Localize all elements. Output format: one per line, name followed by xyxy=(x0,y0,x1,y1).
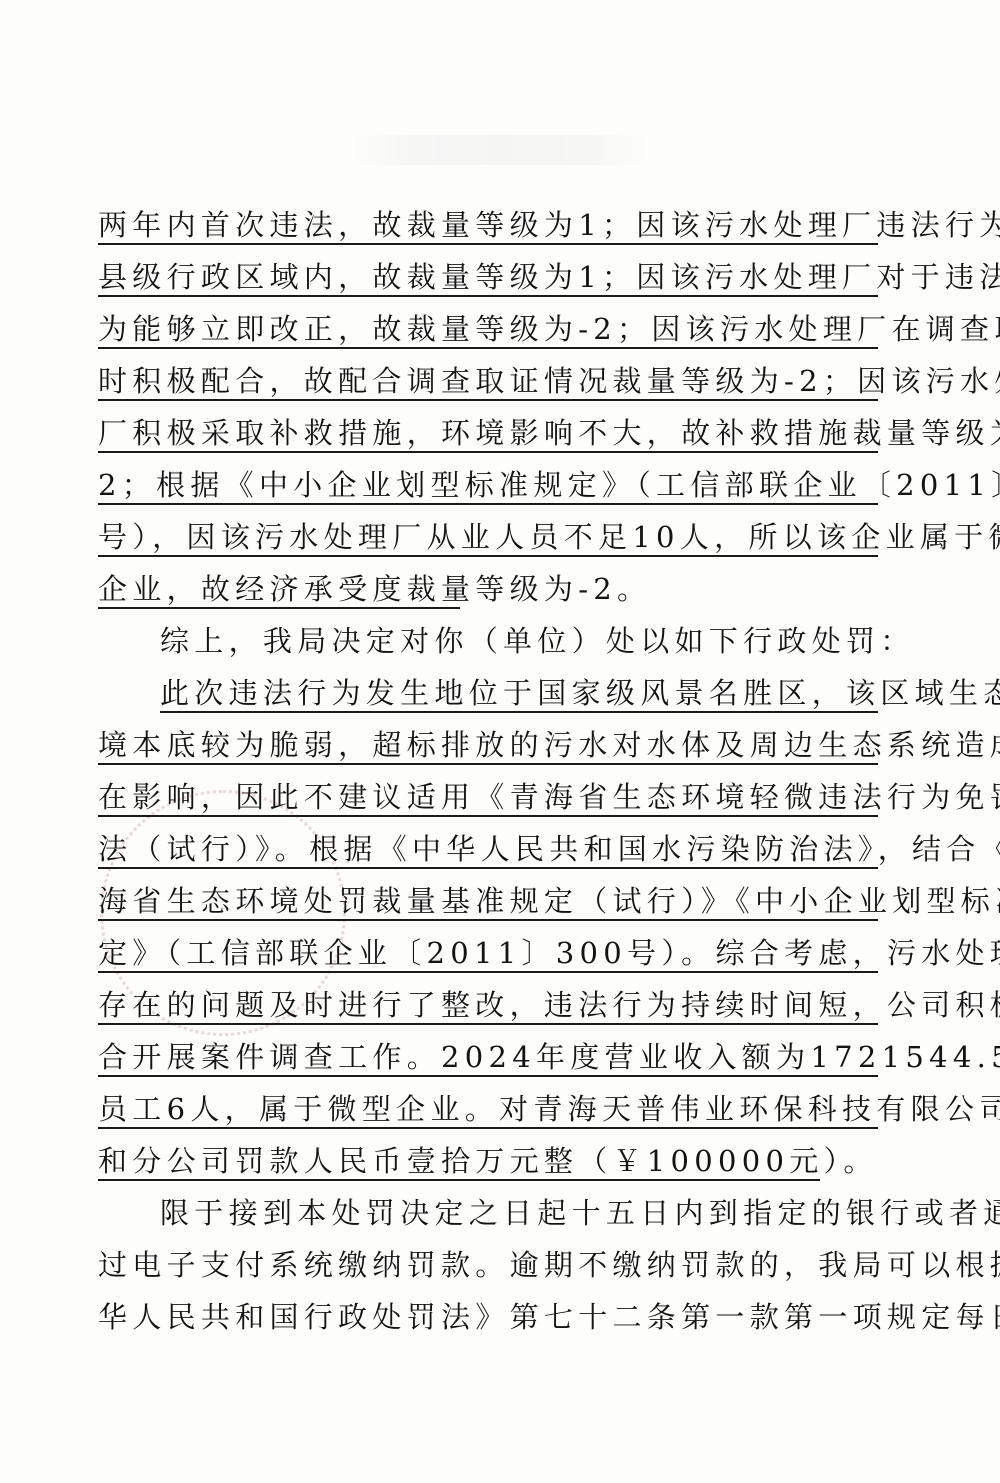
text-line: 员工6人，属于微型企业。对青海天普伟业环保科技有限公司共 xyxy=(98,1089,878,1141)
text-line: 为能够立即改正，故裁量等级为-2；因该污水处理厂在调查取证 xyxy=(98,309,878,361)
faint-bleed-through-header xyxy=(350,135,650,165)
text-line: 限于接到本处罚决定之日起十五日内到指定的银行或者通 xyxy=(98,1193,878,1245)
paragraph-penalty-decision: 此次违法行为发生地位于国家级风景名胜区，该区域生态环 境本底较为脆弱，超标排放的… xyxy=(98,673,878,1193)
text-line: 县级行政区域内，故裁量等级为1；因该污水处理厂对于违法行 xyxy=(98,257,878,309)
paragraph-discretion-levels: 两年内首次违法，故裁量等级为1；因该污水处理厂违法行为在 县级行政区域内，故裁量… xyxy=(98,205,878,621)
text-line: 企业，故经济承受度裁量等级为-2。 xyxy=(98,569,878,621)
text-line: 号），因该污水处理厂从业人员不足10人，所以该企业属于微型 xyxy=(98,517,878,569)
text-line: 厂积极采取补救措施，环境影响不大，故补救措施裁量等级为- xyxy=(98,413,878,465)
text-line: 在影响，因此不建议适用《青海省生态环境轻微违法行为免罚办 xyxy=(98,777,878,829)
text-line: 两年内首次违法，故裁量等级为1；因该污水处理厂违法行为在 xyxy=(98,205,878,257)
text-line: 时积极配合，故配合调查取证情况裁量等级为-2；因该污水处理 xyxy=(98,361,878,413)
text-line: 合开展案件调查工作。2024年度营业收入额为1721544.54元、 xyxy=(98,1037,878,1089)
text-line: 2；根据《中小企业划型标准规定》（工信部联企业〔2011〕300 xyxy=(98,465,878,517)
text-line: 境本底较为脆弱，超标排放的污水对水体及周边生态系统造成潜 xyxy=(98,725,878,777)
paragraph-payment-instructions: 限于接到本处罚决定之日起十五日内到指定的银行或者通 过电子支付系统缴纳罚款。逾期… xyxy=(98,1193,878,1349)
text-line: 综上，我局决定对你（单位）处以如下行政处罚： xyxy=(98,621,878,673)
text-line: 华人民共和国行政处罚法》第七十二条第一款第一项规定每日按 xyxy=(98,1297,878,1349)
text-line: 海省生态环境处罚裁量基准规定（试行）》《中小企业划型标准规 xyxy=(98,881,878,933)
text-line: 定》（工信部联企业〔2011〕300号）。综合考虑，污水处理厂对 xyxy=(98,933,878,985)
text-line: 存在的问题及时进行了整改，违法行为持续时间短，公司积极配 xyxy=(98,985,878,1037)
document-page: 两年内首次违法，故裁量等级为1；因该污水处理厂违法行为在 县级行政区域内，故裁量… xyxy=(0,0,1000,1483)
text-line: 过电子支付系统缴纳罚款。逾期不缴纳罚款的，我局可以根据《中 xyxy=(98,1245,878,1297)
text-line: 法（试行）》。根据《中华人民共和国水污染防治法》，结合《青 xyxy=(98,829,878,881)
paragraph-summary: 综上，我局决定对你（单位）处以如下行政处罚： xyxy=(98,621,878,673)
text-line: 此次违法行为发生地位于国家级风景名胜区，该区域生态环 xyxy=(98,673,878,725)
fine-amount-line: 和分公司罚款人民币壹拾万元整（￥100000元）。 xyxy=(98,1141,878,1193)
document-body: 两年内首次违法，故裁量等级为1；因该污水处理厂违法行为在 县级行政区域内，故裁量… xyxy=(98,205,878,1349)
